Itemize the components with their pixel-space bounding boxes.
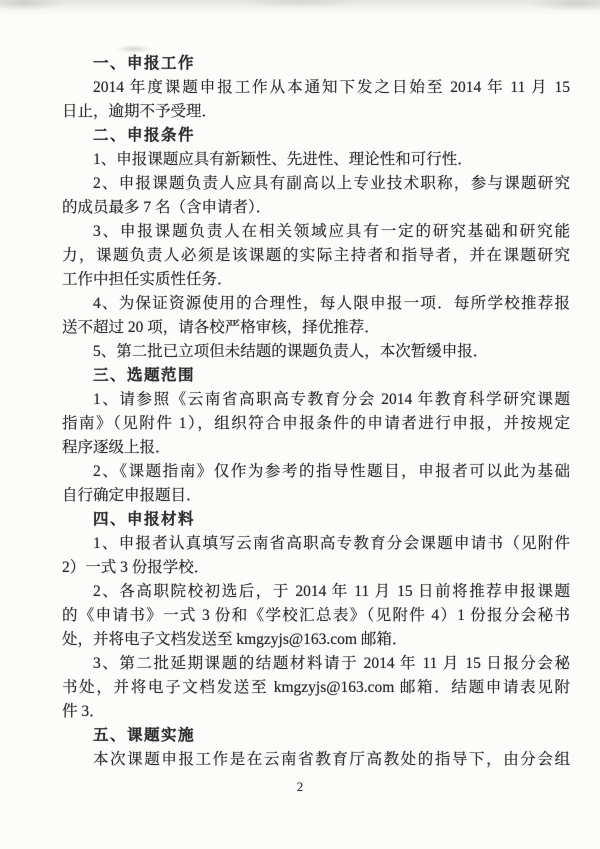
text-line: 件 3． [62,700,570,724]
text-line: 力，课题负责人必须是该课题的实际主持者和指导者，并在课题研究 [62,244,570,268]
text-line: 送不超过 20 项，请各校严格审核，择优推荐． [62,316,570,340]
text-line: 的《申请书》一式 3 份和《学校汇总表》（见附件 4）1 份报分会秘书 [62,604,570,628]
section-heading: 五、课题实施 [62,724,570,748]
text-line: 4、为保证资源使用的合理性，每人限申报一项．每所学校推荐报 [62,292,570,316]
text-line: 1、申报者认真填写云南省高职高专教育分会课题申请书（见附件 [62,532,570,556]
text-line: 5、第二批已立项但未结题的课题负责人，本次暂缓申报． [62,340,570,364]
section-heading: 三、选题范围 [62,364,570,388]
document-body: 一、申报工作2014 年度课题申报工作从本通知下发之日始至 2014 年 11 … [62,52,570,772]
scan-shadow-top [0,0,600,16]
text-line: 2）一式 3 份报学校． [62,556,570,580]
text-line: 指南》（见附件 1），组织符合申报条件的申请者进行申报，并按规定 [62,412,570,436]
text-line: 1、请参照《云南省高职高专教育分会 2014 年教育科学研究课题 [62,388,570,412]
text-line: 书处，并将电子文档发送至 kmgzyjs@163.com 邮箱．结题申请表见附 [62,676,570,700]
text-line: 3、第二批延期课题的结题材料请于 2014 年 11 月 15 日报分会秘 [62,652,570,676]
text-line: 程序逐级上报． [62,436,570,460]
text-line: 2014 年度课题申报工作从本通知下发之日始至 2014 年 11 月 15 [62,76,570,100]
text-line: 2、各高职院校初选后，于 2014 年 11 月 15 日前将推荐申报课题 [62,580,570,604]
section-heading: 一、申报工作 [62,52,570,76]
text-line: 本次课题申报工作是在云南省教育厅高教处的指导下，由分会组 [62,748,570,772]
page-number: 2 [0,780,600,795]
text-line: 的成员最多 7 名（含申请者）． [62,196,570,220]
section-heading: 二、申报条件 [62,124,570,148]
text-line: 处，并将电子文档发送至 kmgzyjs@163.com 邮箱． [62,628,570,652]
section-heading: 四、申报材料 [62,508,570,532]
text-line: 工作中担任实质性任务． [62,268,570,292]
text-line: 自行确定申报题目． [62,484,570,508]
document-page: 一、申报工作2014 年度课题申报工作从本通知下发之日始至 2014 年 11 … [0,0,600,849]
text-line: 1、申报课题应具有新颖性、先进性、理论性和可行性． [62,148,570,172]
text-line: 2、《课题指南》仅作为参考的指导性题目，申报者可以此为基础 [62,460,570,484]
text-line: 2、申报课题负责人应具有副高以上专业技术职称，参与课题研究 [62,172,570,196]
text-line: 3、申报课题负责人在相关领域应具有一定的研究基础和研究能 [62,220,570,244]
text-line: 日止，逾期不予受理． [62,100,570,124]
